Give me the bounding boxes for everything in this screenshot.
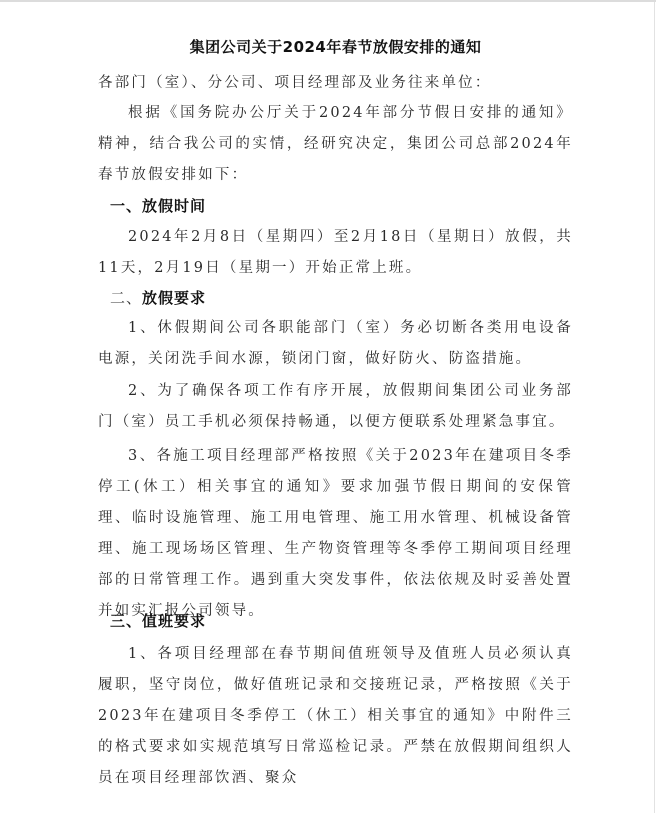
section-heading-3: 三、值班要求 xyxy=(110,606,206,637)
section-number: 二、 xyxy=(110,289,142,307)
section-1-paragraph-1: 2024年2月8日（星期四）至2月18日（星期日）放假，共11天，2月19日（星… xyxy=(98,222,573,284)
section-title: 值班要求 xyxy=(142,612,206,630)
section-title: 放假时间 xyxy=(142,197,206,215)
section-2-paragraph-3: 3、各施工项目经理部严格按照《关于2023年在建项目冬季停工(休工）相关事宜的通… xyxy=(98,441,573,627)
document-title: 集团公司关于2024年春节放假安排的通知 xyxy=(98,36,573,57)
section-heading-1: 一、放假时间 xyxy=(110,191,206,222)
section-3-paragraph-1: 1、各项目经理部在春节期间值班领导及值班人员必须认真履职，坚守岗位，做好值班记录… xyxy=(98,639,573,794)
section-title: 放假要求 xyxy=(142,289,206,307)
top-border xyxy=(0,0,656,2)
right-edge-scrollbar[interactable] xyxy=(654,2,655,813)
salutation: 各部门（室）、分公司、项目经理部及业务往来单位： xyxy=(98,68,573,99)
section-heading-2: 二、放假要求 xyxy=(110,283,206,314)
section-number: 一、 xyxy=(110,197,142,215)
section-2-paragraph-2: 2、为了确保各项工作有序开展，放假期间集团公司业务部门（室）员工手机必须保持畅通… xyxy=(98,376,573,438)
section-2-paragraph-1: 1、休假期间公司各职能部门（室）务必切断各类用电设备电源，关闭洗手间水源，锁闭门… xyxy=(98,313,573,375)
section-number: 三、 xyxy=(110,612,142,630)
intro-paragraph: 根据《国务院办公厅关于2024年部分节假日安排的通知》精神，结合我公司的实情，经… xyxy=(98,98,573,191)
